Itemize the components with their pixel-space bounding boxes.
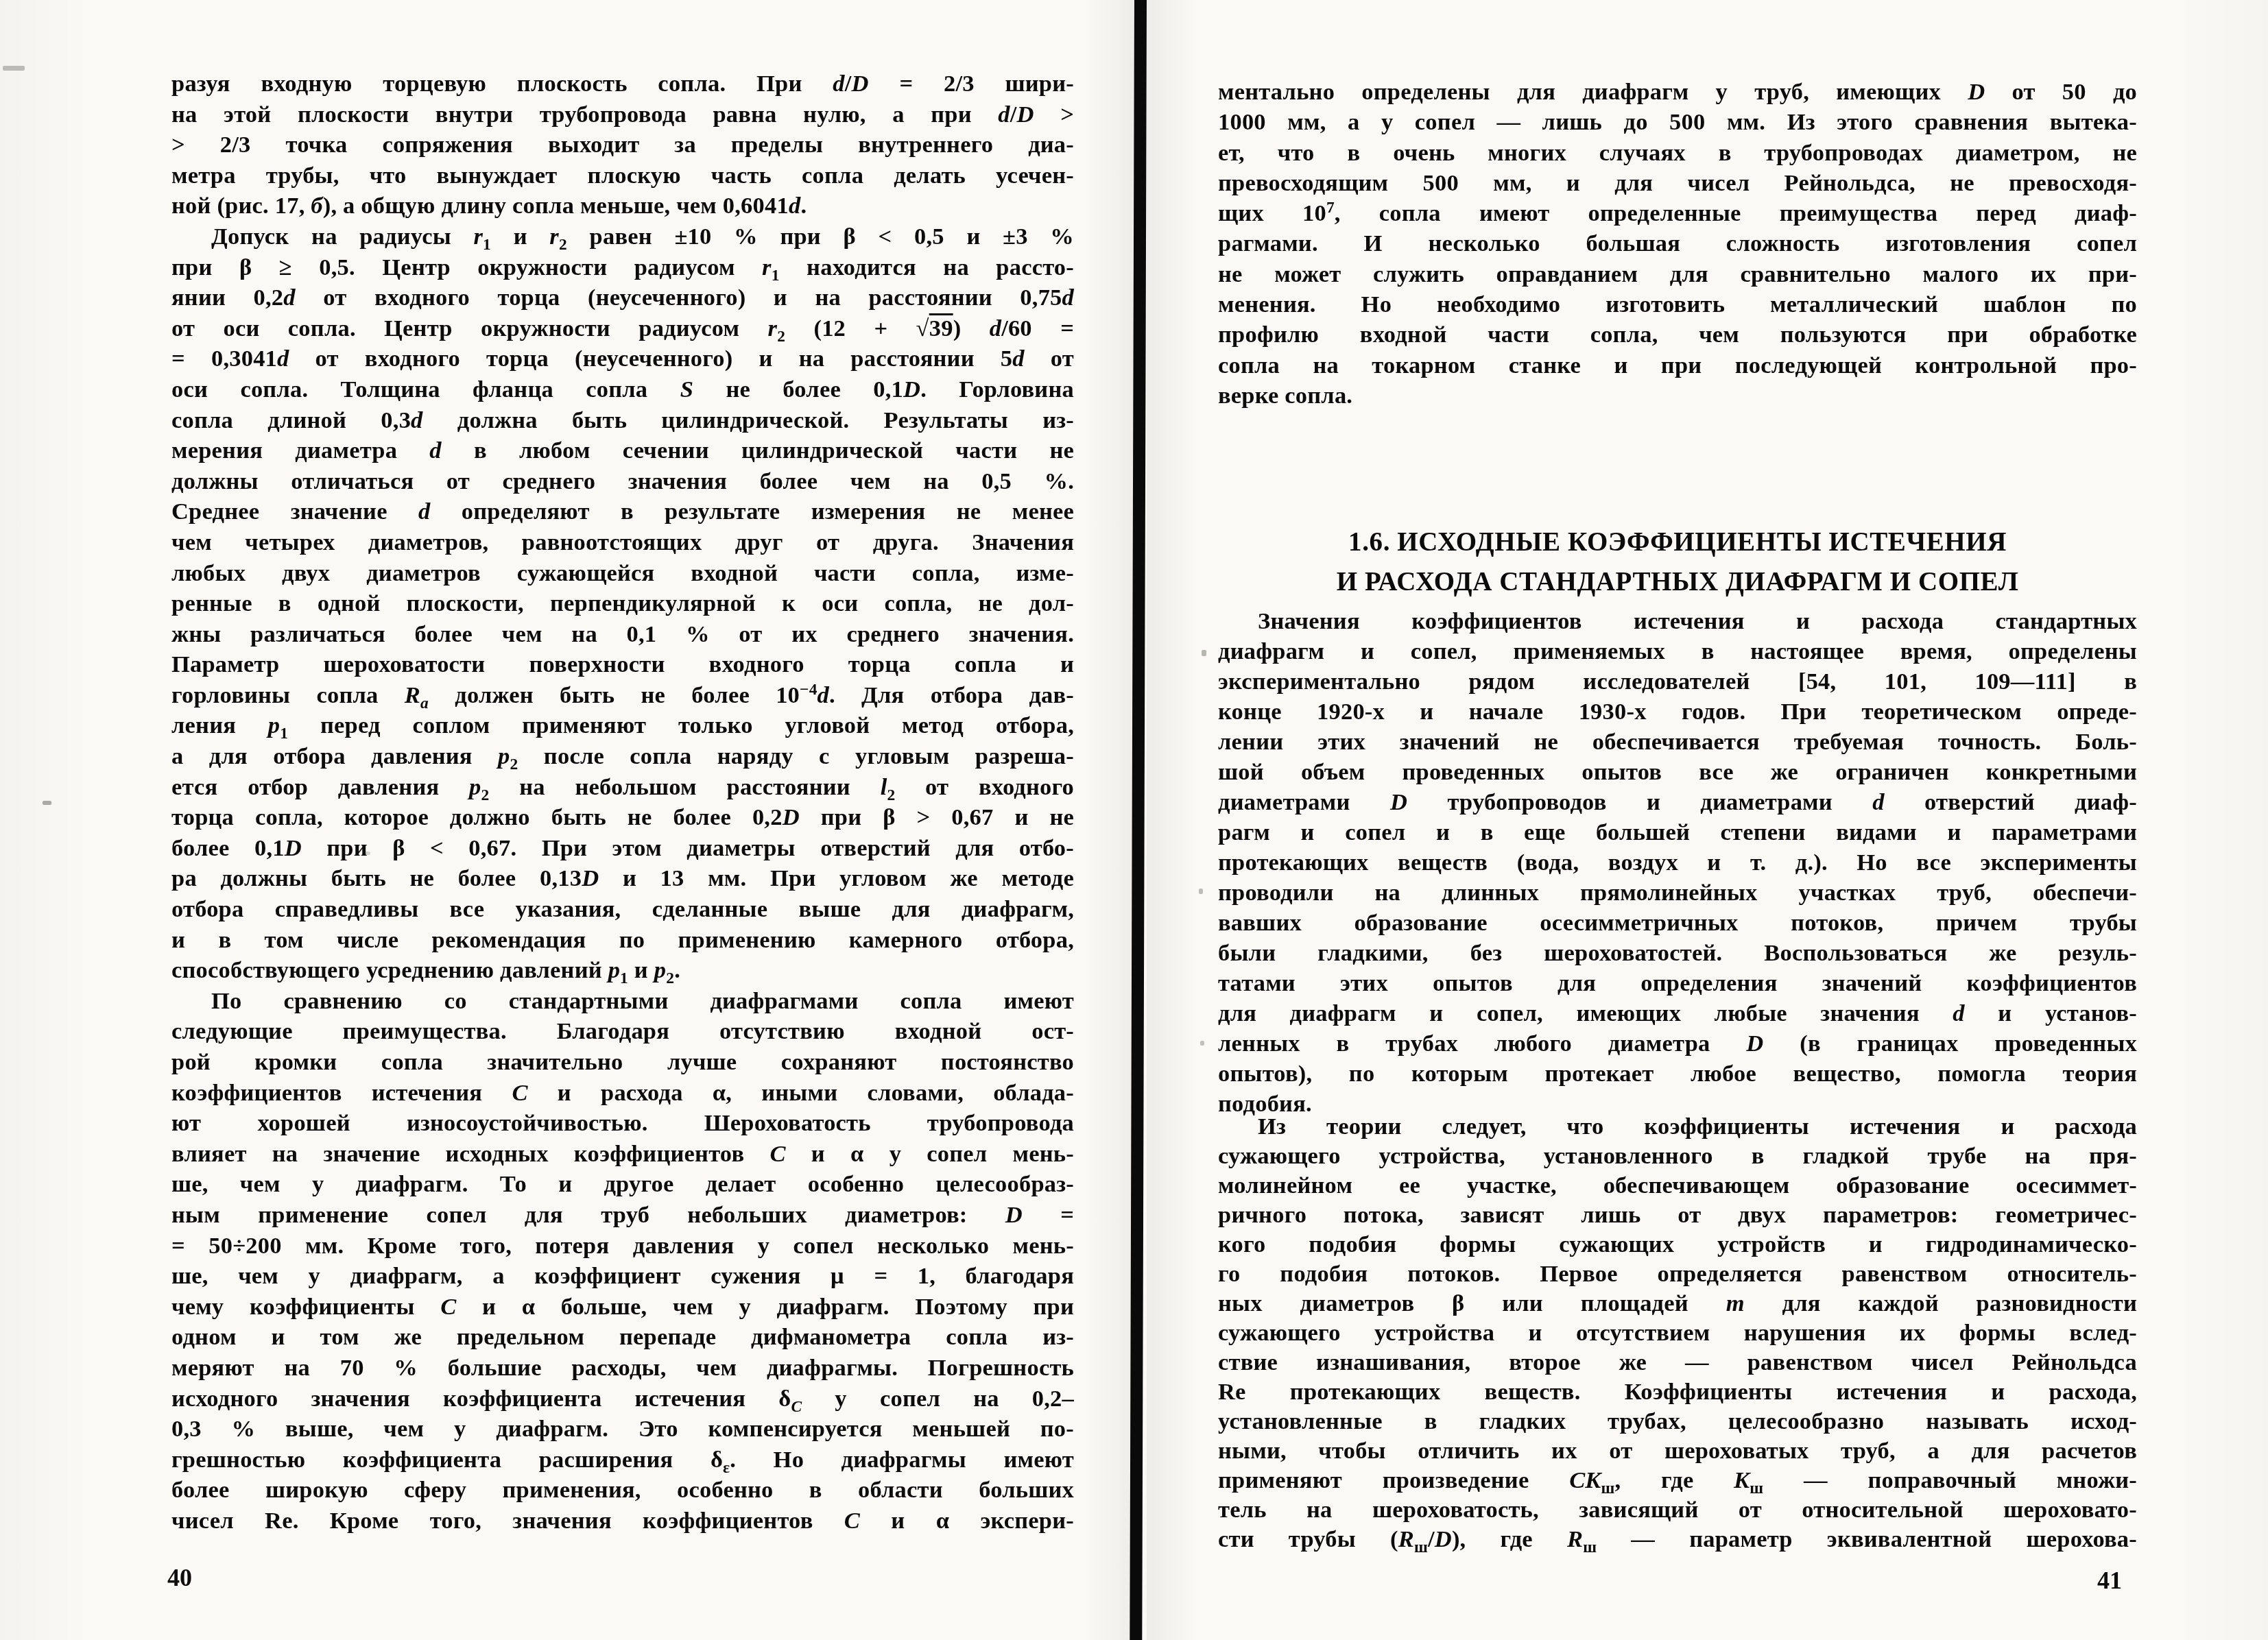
- text-line: более 0,1D при β < 0,67. При этом диамет…: [171, 833, 1074, 864]
- text-line: экспериментально рядом исследователей [5…: [1218, 666, 2137, 697]
- text-line: чему коэффициенты C и α больше, чем у ди…: [171, 1292, 1074, 1323]
- text-line: > 2/3 точка сопряжения выходит за предел…: [171, 130, 1074, 160]
- page-number-right: 41: [2097, 1566, 2122, 1595]
- text-line: следующие преимущества. Благодаря отсутс…: [171, 1016, 1074, 1047]
- text-line: 1000 мм, а у сопел — лишь до 500 мм. Из …: [1218, 107, 2137, 137]
- text-line: применяют произведение CKш, где Kш — поп…: [1218, 1466, 2137, 1495]
- section-heading-line-2: И РАСХОДА СТАНДАРТНЫХ ДИАФРАГМ И СОПЕЛ: [1218, 562, 2137, 602]
- text-line: для диафрагм и сопел, имеющих любые знач…: [1218, 998, 2137, 1028]
- text-line: ной (рис. 17, б), а общую длину сопла ме…: [171, 191, 1074, 221]
- text-line: должны отличаться от среднего значения б…: [171, 466, 1074, 497]
- text-line: диафрагм и сопел, применяемых в настояще…: [1218, 636, 2137, 666]
- text-line: чисел Re. Кроме того, значения коэффицие…: [171, 1506, 1074, 1536]
- text-line: верке сопла.: [1218, 381, 2137, 411]
- text-line: молинейном ее участке, обеспечивающем об…: [1218, 1171, 2137, 1201]
- text-line: сти трубы (Rш/D), где Rш — параметр экви…: [1218, 1525, 2137, 1554]
- text-line: тель на шероховатость, зависящий от отно…: [1218, 1495, 2137, 1525]
- text-line: диаметрами D трубопроводов и диаметрами …: [1218, 787, 2137, 817]
- text-line: ренные в одной плоскости, перпендикулярн…: [171, 588, 1074, 619]
- text-line: не может служить оправданием для сравнит…: [1218, 259, 2137, 289]
- text-line: ше, чем у диафрагм. То и другое делает о…: [171, 1169, 1074, 1200]
- section-heading-line-1: 1.6. ИСХОДНЫЕ КОЭФФИЦИЕНТЫ ИСТЕЧЕНИЯ: [1218, 522, 2137, 562]
- text-line: щих 107, сопла имеют определенные преиму…: [1218, 198, 2137, 228]
- text-line: а для отбора давления p2 после сопла нар…: [171, 741, 1074, 772]
- text-line: отбора справедливы все указания, сделанн…: [171, 894, 1074, 925]
- scan-artifact: [3, 66, 25, 71]
- text-line: татами этих опытов для определения значе…: [1218, 968, 2137, 998]
- text-line: = 50÷200 мм. Кроме того, потеря давления…: [171, 1231, 1074, 1262]
- right-page-paragraph-3: Из теории следует, что коэффициенты исте…: [1218, 1112, 2137, 1554]
- text-line: Параметр шероховатости поверхности входн…: [171, 649, 1074, 680]
- text-line: грешностью коэффициента расширения δε. Н…: [171, 1445, 1074, 1475]
- text-line: рой кромки сопла значительно лучше сохра…: [171, 1047, 1074, 1078]
- text-line: исходного значения коэффициента истечени…: [171, 1384, 1074, 1414]
- text-line: шой объем проведенных опытов все же огра…: [1218, 757, 2137, 787]
- right-page-paragraph-1: ментально определены для диафрагм у труб…: [1218, 77, 2137, 411]
- text-line: Re протекающих веществ. Коэффициенты ист…: [1218, 1377, 2137, 1407]
- text-line: ет, что в очень многих случаях в трубопр…: [1218, 138, 2137, 168]
- text-line: любых двух диаметров сужающейся входной …: [171, 558, 1074, 589]
- text-line: Среднее значение d определяют в результа…: [171, 496, 1074, 527]
- text-line: ным применение сопел для труб небольших …: [171, 1200, 1074, 1231]
- text-line: менения. Но необходимо изготовить металл…: [1218, 289, 2137, 319]
- text-line: более широкую сферу применения, особенно…: [171, 1475, 1074, 1506]
- text-line: установленные в гладких трубах, целесооб…: [1218, 1407, 2137, 1436]
- right-page-paragraph-2: Значения коэффициентов истечения и расхо…: [1218, 606, 2137, 1119]
- scan-artifact: [1200, 1041, 1204, 1046]
- text-line: ше, чем у диафрагм, а коэффициент сужени…: [171, 1261, 1074, 1292]
- text-line: ствие изнашивания, второе же — равенство…: [1218, 1348, 2137, 1377]
- text-line: рагмами. И несколько большая сложность и…: [1218, 228, 2137, 258]
- text-line: горловины сопла Ra должен быть не более …: [171, 680, 1074, 711]
- text-line: торца сопла, которое должно быть не боле…: [171, 802, 1074, 833]
- text-line: 0,3 % выше, чем у диафрагм. Это компенси…: [171, 1414, 1074, 1445]
- text-line: коэффициентов истечения C и расхода α, и…: [171, 1078, 1074, 1109]
- scan-artifact: [1202, 650, 1206, 656]
- text-line: превосходящим 500 мм, и для чисел Рейнол…: [1218, 168, 2137, 198]
- text-line: жны различаться более чем на 0,1 % от их…: [171, 619, 1074, 650]
- left-page-text: разуя входную торцевую плоскость сопла. …: [171, 69, 1074, 1536]
- text-line: ментально определены для диафрагм у труб…: [1218, 77, 2137, 107]
- text-line: профилю входной части сопла, чем пользую…: [1218, 319, 2137, 350]
- text-line: протекающих веществ (вода, воздух и т. д…: [1218, 847, 2137, 878]
- text-line: на этой плоскости внутри трубопровода ра…: [171, 99, 1074, 130]
- text-line: разуя входную торцевую плоскость сопла. …: [171, 69, 1074, 99]
- text-line: ления p1 перед соплом применяют только у…: [171, 710, 1074, 741]
- text-line: янии 0,2d от входного торца (неусеченног…: [171, 282, 1074, 313]
- text-line: лении этих значений не обеспечивается тр…: [1218, 727, 2137, 757]
- scan-artifact: [43, 801, 51, 805]
- text-line: метра трубы, что вынуждает плоскую часть…: [171, 160, 1074, 191]
- text-line: кого подобия формы сужающих устройств и …: [1218, 1230, 2137, 1259]
- text-line: меряют на 70 % большие расходы, чем диаф…: [171, 1353, 1074, 1384]
- text-line: Из теории следует, что коэффициенты исте…: [1218, 1112, 2137, 1142]
- text-line: сопла на токарном станке и при последующ…: [1218, 350, 2137, 381]
- text-line: ра должны быть не более 0,13D и 13 мм. П…: [171, 863, 1074, 894]
- text-line: сужающего устройства и отсутствием наруш…: [1218, 1318, 2137, 1348]
- text-line: опытов), по которым протекает любое веще…: [1218, 1059, 2137, 1089]
- text-line: и в том числе рекомендация по применению…: [171, 925, 1074, 956]
- text-line: Допуск на радиусы r1 и r2 равен ±10 % пр…: [171, 221, 1074, 252]
- text-line: ричного потока, зависят лишь от двух пар…: [1218, 1201, 2137, 1230]
- text-line: конце 1920-х и начале 1930-х годов. При …: [1218, 697, 2137, 727]
- text-line: ных диаметров β или площадей m для каждо…: [1218, 1289, 2137, 1318]
- text-line: ют хорошей износоустойчивостью. Шерохова…: [171, 1108, 1074, 1139]
- text-line: го подобия потоков. Первое определяется …: [1218, 1259, 2137, 1289]
- text-line: одном и том же предельном перепаде дифма…: [171, 1322, 1074, 1353]
- text-line: чем четырех диаметров, равноотстоящих др…: [171, 527, 1074, 558]
- text-line: мерения диаметра d в любом сечении цилин…: [171, 435, 1074, 466]
- text-line: = 0,3041d от входного торца (неусеченног…: [171, 343, 1074, 374]
- page-number-left: 40: [167, 1563, 192, 1592]
- text-line: оси сопла. Толщина фланца сопла S не бол…: [171, 374, 1074, 405]
- text-line: рагм и сопел и в еще большей степени вид…: [1218, 817, 2137, 847]
- text-line: сужающего устройства, установленного в г…: [1218, 1142, 2137, 1171]
- scan-artifact: [1199, 889, 1203, 894]
- scanned-book-spread: { "left_page": { "number": "40", "lines"…: [0, 0, 2268, 1640]
- text-line: Значения коэффициентов истечения и расхо…: [1218, 606, 2137, 636]
- text-line: ется отбор давления p2 на небольшом расс…: [171, 772, 1074, 803]
- text-line: ленных в трубах любого диаметра D (в гра…: [1218, 1028, 2137, 1059]
- text-line: от оси сопла. Центр окружности радиусом …: [171, 313, 1074, 344]
- text-line: способствующего усреднению давлений p1 и…: [171, 955, 1074, 986]
- text-line: вавших образование осесимметричных поток…: [1218, 908, 2137, 938]
- text-line: ными, чтобы отличить их от шероховатых т…: [1218, 1436, 2137, 1466]
- text-line: были гладкими, без шероховатостей. Воспо…: [1218, 938, 2137, 968]
- text-line: влияет на значение исходных коэффициенто…: [171, 1139, 1074, 1170]
- text-line: сопла длиной 0,3d должна быть цилиндриче…: [171, 405, 1074, 436]
- text-line: По сравнению со стандартными диафрагмами…: [171, 986, 1074, 1017]
- text-line: при β ≥ 0,5. Центр окружности радиусом r…: [171, 252, 1074, 283]
- section-heading: 1.6. ИСХОДНЫЕ КОЭФФИЦИЕНТЫ ИСТЕЧЕНИЯ И Р…: [1218, 522, 2137, 602]
- text-line: проводили на длинных прямолинейных участ…: [1218, 878, 2137, 908]
